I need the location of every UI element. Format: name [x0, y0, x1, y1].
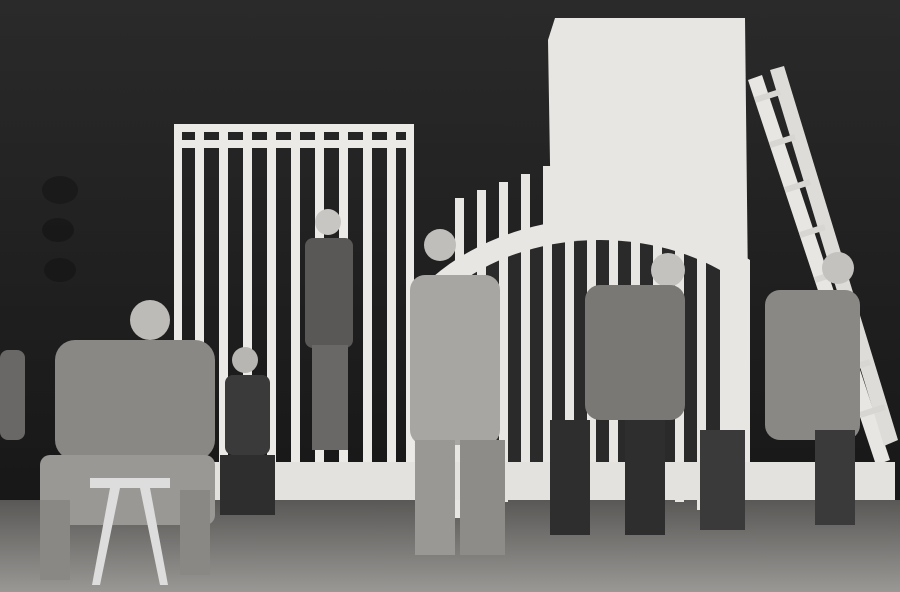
figure-caged-man — [305, 209, 353, 450]
stage-photograph — [0, 0, 900, 592]
photo-canvas — [0, 0, 900, 592]
figure-left-edge — [0, 350, 25, 440]
wall-painted-marks — [42, 176, 78, 282]
